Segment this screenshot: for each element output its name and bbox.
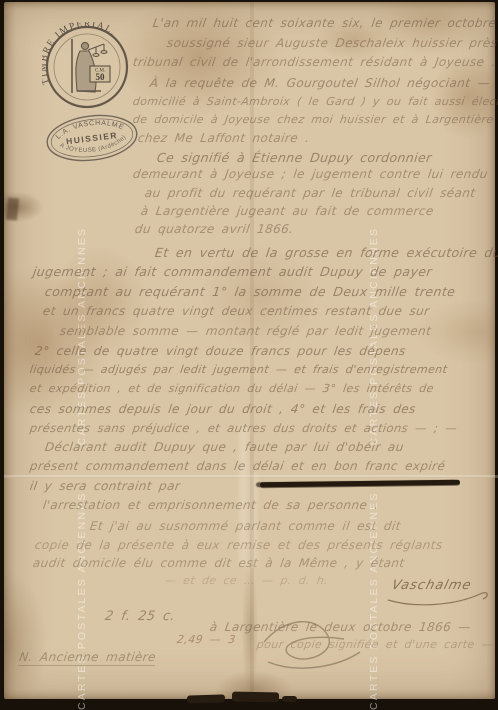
ink-stain [6,197,19,220]
handwritten-line: du quatorze avril 1866. [134,222,294,236]
document-page: CARTES POSTALES ANCIENNESCARTES POSTALES… [4,2,495,699]
handwritten-line: soussigné sieur Auguste Deschaleix huiss… [166,36,498,50]
bottom-torn-mark [232,692,279,700]
handwritten-line: semblable somme — montant réglé par ledi… [59,324,432,338]
handwritten-line: et expédition , et de signification du d… [29,382,435,395]
handwritten-line: et un francs quatre vingt deux centimes … [42,304,431,318]
pencil-paraphe [256,610,376,675]
watermark-text: CARTES POSTALES ANCIENNES [76,491,88,700]
handwritten-line: Et j'ai au susnommé parlant comme il est… [89,519,402,533]
handwritten-line: — et de ce … — p. d. h. [164,574,329,587]
handwritten-line: N. Ancienne matière [18,650,157,666]
handwritten-line: chez Me Laffont notaire . [137,131,310,145]
handwritten-line: audit domicile élu comme dit est à la Mê… [32,556,406,570]
handwritten-line: présent commandement dans le délai et en… [29,459,446,473]
imperial-revenue-stamp: TIMBRE IMPERIAL. C.M. 50 [42,22,132,112]
handwritten-line: 2 f. 25 c. [104,609,176,624]
handwritten-line: au profit du requérant par le tribunal c… [144,186,476,200]
handwritten-line: L'an mil huit cent soixante six, le prem… [152,16,497,30]
handwritten-line: tribunal civil de l'arrondissement résid… [132,55,497,69]
handwritten-line: l'arrestation et emprisonnement de sa pe… [42,498,380,512]
handwritten-line: comptant au requérant 1° la somme de Deu… [44,284,456,299]
handwritten-line: Et en vertu de la grosse en forme exécut… [154,245,498,260]
handwritten-line: 2,49 — 3 [176,633,237,646]
denom-value-label: 50 [96,72,106,82]
handwritten-line: de domicile à Joyeuse chez moi huissier … [132,113,495,126]
handwritten-line: jugement ; ai fait commandement audit Du… [32,264,433,279]
bottom-torn-mark [187,694,225,700]
handwritten-line: Déclarant audit Dupuy que , faute par lu… [44,440,405,454]
handwritten-line: Ce signifié à Étienne Dupuy cordonnier [156,150,433,165]
strike-through-mark [260,480,460,487]
handwritten-line: liquidés — adjugés par ledit jugement — … [29,363,448,376]
huissier-office-stamp: L.A. VASCHALME HUISSIER A JOYEUSE (Ardèc… [40,108,144,168]
handwritten-line: 2° celle de quatre vingt douze francs po… [34,344,407,358]
handwritten-line: domicilié à Saint-Ambroix ( le Gard ) y … [132,95,498,108]
handwritten-line: À la requête de M. Gourgoutel Silhol nég… [149,76,491,90]
handwritten-line: présentes sans préjudice , et autres dus… [29,421,458,435]
signature-flourish [384,582,494,612]
bottom-torn-mark [282,696,297,700]
handwritten-line: à Largentière jugeant au fait de commerc… [140,204,435,218]
handwritten-line: il y sera contraint par [29,479,181,493]
handwritten-line: ces sommes depuis le jour du droit , 4° … [29,402,417,416]
handwritten-line: copie de la présente à eux remise et des… [34,538,444,552]
handwritten-line: demeurant à Joyeuse ; le jugement contre… [132,167,489,181]
denomination-tablet: C.M. 50 [90,66,110,82]
